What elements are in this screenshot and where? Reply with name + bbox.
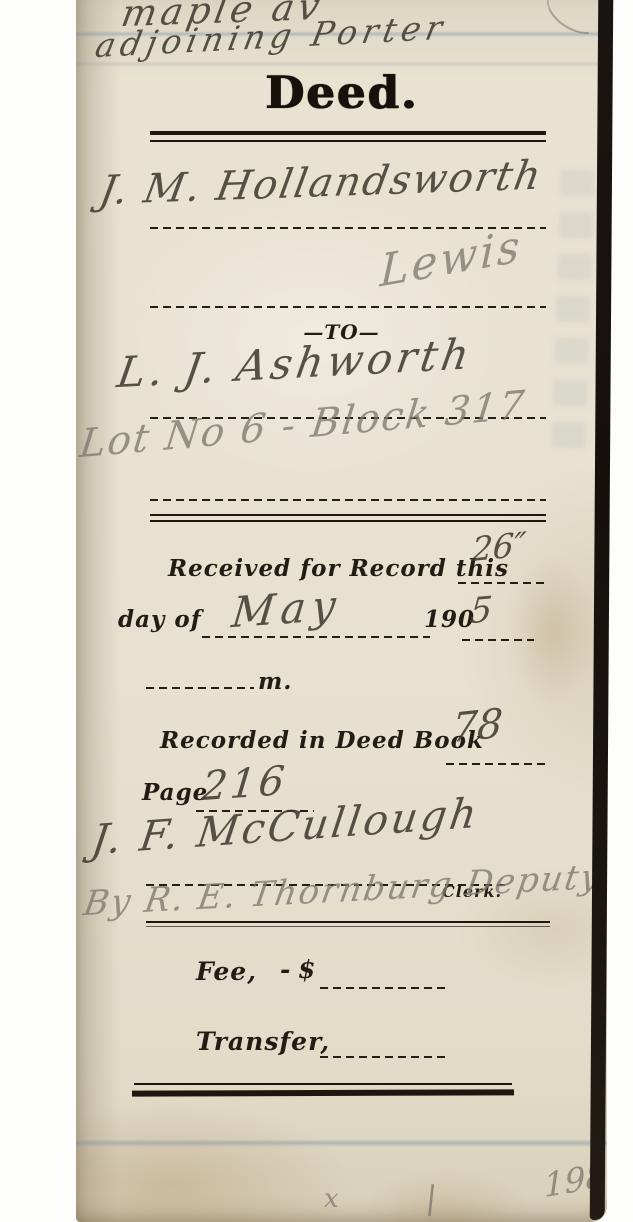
book-number-handwritten: 78	[450, 700, 504, 752]
received-label: Received for Record this	[168, 555, 509, 582]
month-handwritten: May	[229, 580, 344, 637]
ruled-line-bottom	[76, 1139, 607, 1147]
received-day-handwritten: 26″	[471, 524, 528, 569]
deputy-rule-upper	[146, 921, 550, 923]
mid-rule-lower	[150, 520, 546, 522]
fee-dollar-sign: $	[298, 955, 316, 984]
top-rule-thin	[150, 140, 546, 142]
mid-rule-upper	[150, 514, 546, 516]
blank-fill-line	[150, 499, 546, 501]
fee-fill-line	[320, 987, 446, 989]
deed-title: Deed.	[76, 66, 607, 119]
year-printed-prefix: 190	[424, 606, 475, 633]
fee-label: Fee,	[196, 957, 257, 986]
fee-separator: -	[280, 955, 291, 984]
paper-stain	[512, 556, 592, 706]
book-label: Recorded in Deed Book	[160, 727, 484, 754]
scanned-deed-document: maple av adjoining Porter Deed. J. M. Ho…	[0, 0, 633, 1222]
transfer-fill-line	[320, 1056, 448, 1058]
time-fill-line	[146, 687, 254, 689]
pencil-x-mark: x	[324, 1184, 339, 1214]
top-rule-thick	[150, 131, 546, 135]
year-fill-line	[462, 639, 534, 641]
page-label: Page	[142, 779, 208, 806]
book-fill-line	[446, 763, 546, 765]
meridiem-label: m.	[258, 668, 292, 695]
year-digit-handwritten: 5	[468, 590, 494, 632]
bottom-rule-thin	[134, 1083, 512, 1085]
deputy-rule-lower	[146, 926, 550, 927]
received-day-fill	[458, 582, 546, 584]
transfer-label: Transfer,	[196, 1027, 330, 1056]
grantor-fill-line-2	[150, 306, 546, 308]
day-of-label: day of	[118, 606, 202, 633]
